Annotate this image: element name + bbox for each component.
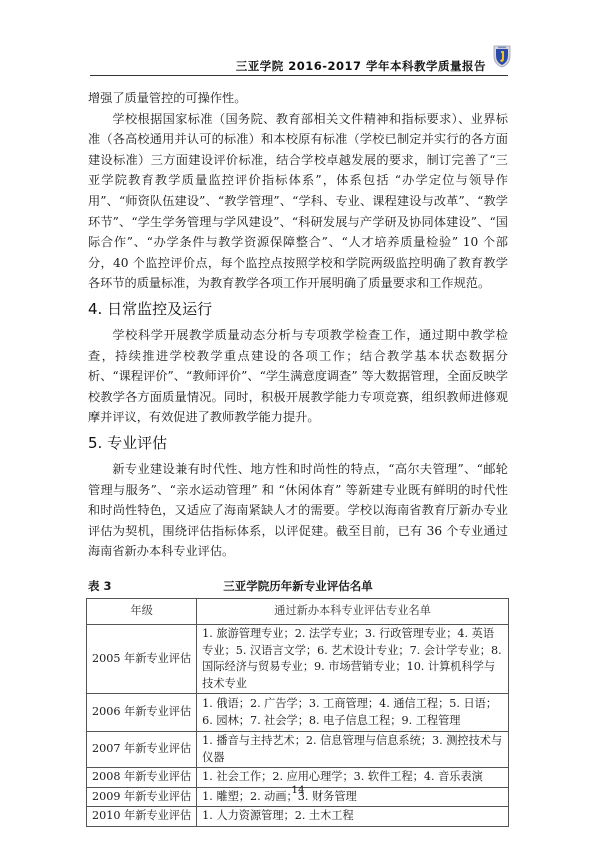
paragraph-major-evaluation: 新专业建设兼有时代性、地方性和时尚性的特点，“高尔夫管理”、“邮轮管理与服务”、… [88,459,508,562]
majors-cell: 1. 旅游管理专业；2. 法学专业；3. 行政管理专业；4. 英语专业；5. 汉… [197,625,509,694]
page-header: 三亚学院 2016-2017 学年本科教学质量报告 [90,46,508,76]
document-body: 增强了质量管控的可操作性。 学校根据国家标准（国务院、教育部相关文件精神和指标要… [88,88,508,562]
majors-cell: 1. 播音与主持艺术；2. 信息管理与信息系统；3. 测控技术与仪器 [197,732,509,768]
column-header-year: 年级 [87,599,197,625]
page-number: 14 [0,784,596,796]
table-title: 三亚学院历年新专业评估名单 [88,578,508,594]
table-header-row: 年级 通过新办本科专业评估专业名单 [87,599,509,625]
column-header-majors: 通过新办本科专业评估专业名单 [197,599,509,625]
majors-cell: 1. 人力资源管理；2. 土木工程 [197,807,509,827]
year-cell: 2010 年新专业评估 [87,807,197,827]
paragraph-daily-monitoring: 学校科学开展教学质量动态分析与专项教学检查工作，通过期中教学检查，持续推进学校教… [88,325,508,428]
paragraph-evaluation-standards: 学校根据国家标准（国务院、教育部相关文件精神和指标要求）、业界标准（各高校通用并… [88,109,508,294]
header-divider [90,75,508,76]
year-cell: 2006 年新专业评估 [87,694,197,732]
table-caption: 表 3 三亚学院历年新专业评估名单 [88,576,508,594]
table-row: 2006 年新专业评估 1. 俄语；2. 广告学；3. 工商管理；4. 通信工程… [87,694,509,732]
paragraph-continuation: 增强了质量管控的可操作性。 [88,88,508,109]
section-heading-major-evaluation: 5. 专业评估 [88,431,508,455]
report-title: 三亚学院 2016-2017 学年本科教学质量报告 [236,58,486,74]
year-cell: 2005 年新专业评估 [87,625,197,694]
table-row: 2010 年新专业评估 1. 人力资源管理；2. 土木工程 [87,807,509,827]
table-row: 2005 年新专业评估 1. 旅游管理专业；2. 法学专业；3. 行政管理专业；… [87,625,509,694]
table-row: 2007 年新专业评估 1. 播音与主持艺术；2. 信息管理与信息系统；3. 测… [87,732,509,768]
university-logo-icon [492,44,512,68]
year-cell: 2007 年新专业评估 [87,732,197,768]
majors-cell: 1. 俄语；2. 广告学；3. 工商管理；4. 通信工程；5. 日语；6. 园林… [197,694,509,732]
section-heading-daily-monitoring: 4. 日常监控及运行 [88,297,508,321]
